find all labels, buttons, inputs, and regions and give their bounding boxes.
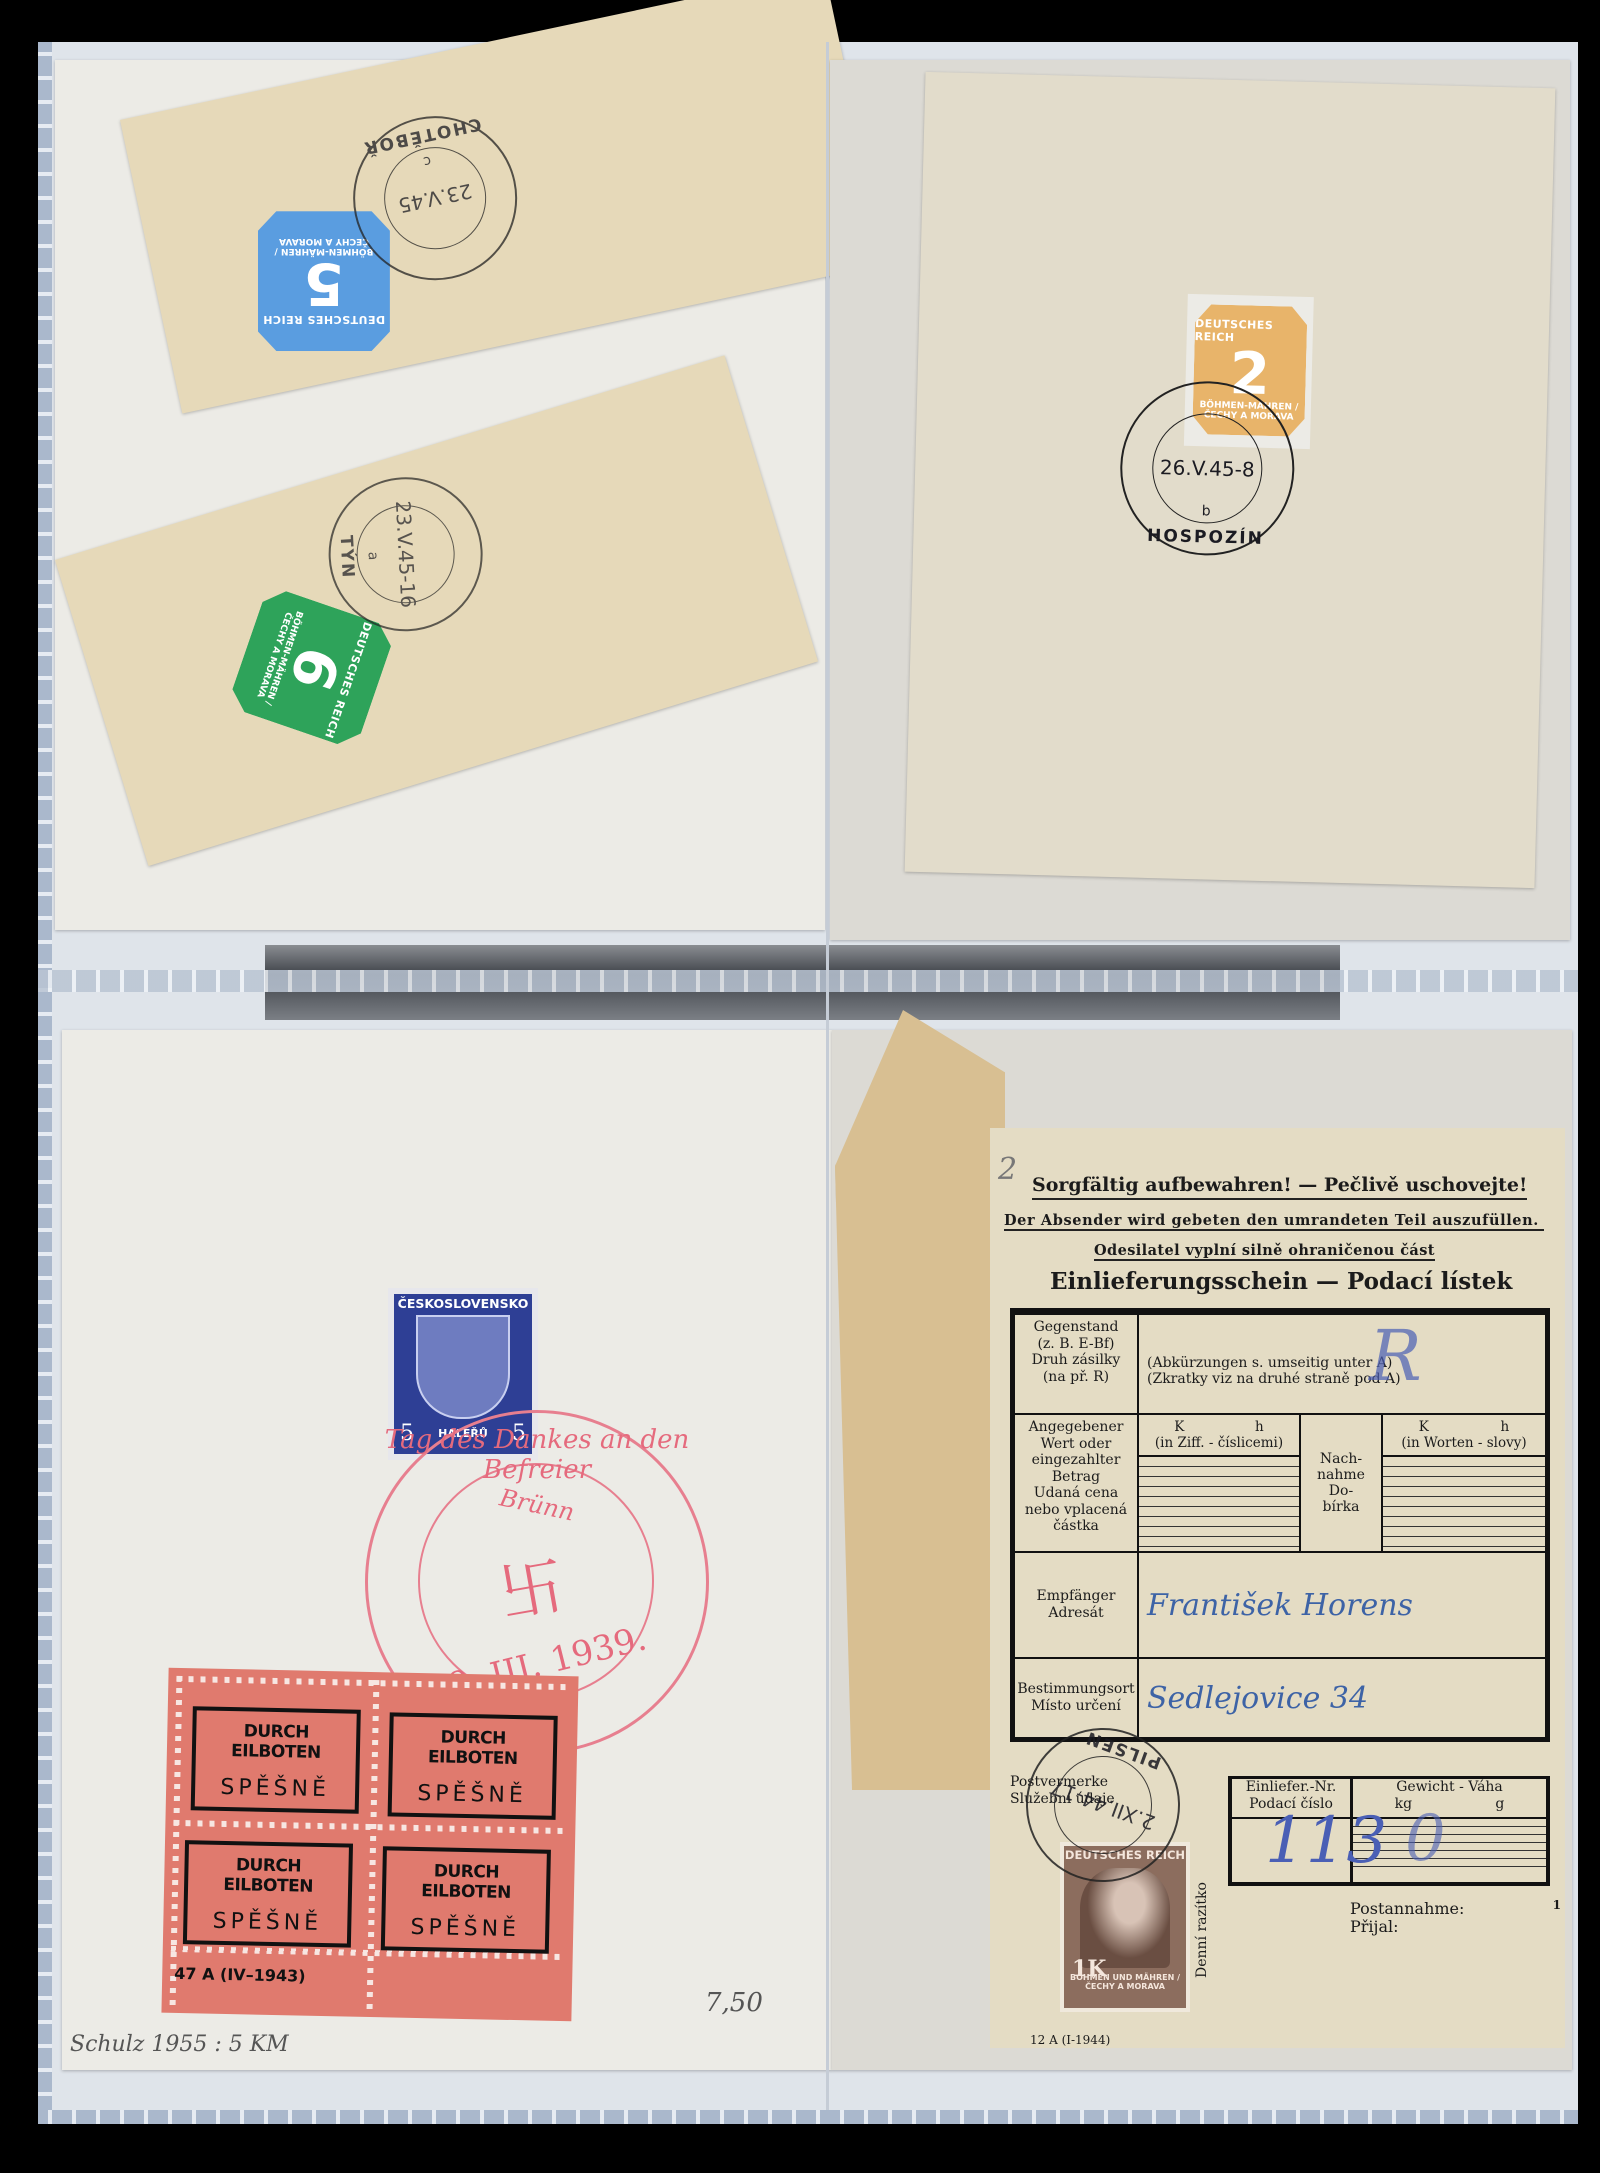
form-header: Sorgfältig aufbewahren! — Pečlivě uschov… bbox=[1032, 1174, 1527, 1200]
form-instruction-de: Der Absender wird gebeten den umrandeten… bbox=[1004, 1212, 1544, 1231]
coat-of-arms-icon bbox=[416, 1315, 510, 1419]
pencil-price-note: 7,50 bbox=[705, 1988, 763, 2018]
portrait-icon bbox=[1080, 1868, 1170, 1968]
form-instruction-cz: Odesilatel vyplní silně ohraničenou část bbox=[1094, 1242, 1435, 1261]
form-office-section: Postvermerke Služební údaje DEUTSCHES RE… bbox=[1010, 1768, 1550, 2038]
handwritten-recipient: František Horens bbox=[1147, 1588, 1413, 1623]
row-destination: Bestimmungsort Místo určení Sedlejovice … bbox=[1015, 1659, 1545, 1737]
row-declared-value: Angegebener Wert oder eingezahlter Betra… bbox=[1015, 1415, 1545, 1553]
row-recipient: Empfänger Adresát František Horens bbox=[1015, 1553, 1545, 1659]
folded-envelope-flap bbox=[835, 1010, 1005, 1790]
handwritten-weight: 0 bbox=[1405, 1802, 1446, 1876]
handwritten-receipt-number: 113 bbox=[1265, 1804, 1387, 1878]
receipt-form: 2 Sorgfältig aufbewahren! — Pečlivě usch… bbox=[990, 1128, 1565, 2048]
sleeve-pocket-divider bbox=[38, 970, 1578, 992]
newspaper-cutout-orange: DEUTSCHES REICH 2 BÖHMEN-MÄHREN / ČECHY … bbox=[905, 72, 1556, 888]
sleeve-left-weld bbox=[38, 42, 52, 2120]
express-label: DURCH EILBOTEN SPĚŠNĚ bbox=[388, 1712, 558, 1819]
express-label-block: DURCH EILBOTEN SPĚŠNĚ DURCH EILBOTEN SPĚ… bbox=[161, 1668, 578, 2022]
sleeve-bottom-weld bbox=[38, 2110, 1578, 2124]
postmark-tyn: 23.V.45-16 a TÝN bbox=[325, 473, 487, 635]
form-grid: Gegenstand (z. B. E-Bf) Druh zásilky (na… bbox=[1010, 1308, 1550, 1742]
acceptance-label: Postannahme: Přijal: bbox=[1350, 1900, 1464, 1937]
express-label: DURCH EILBOTEN SPĚŠNĚ bbox=[183, 1840, 353, 1947]
sleeve-center-seam bbox=[826, 42, 829, 2120]
handwritten-destination: Sedlejovice 34 bbox=[1147, 1681, 1368, 1716]
express-label: DURCH EILBOTEN SPĚŠNĚ bbox=[381, 1846, 551, 1953]
swastika-emblem-icon: 卐 bbox=[490, 1549, 573, 1632]
express-label: DURCH EILBOTEN SPĚŠNĚ bbox=[191, 1706, 361, 1813]
row-item-type: Gegenstand (z. B. E-Bf) Druh zásilky (na… bbox=[1015, 1315, 1545, 1415]
form-code: 12 A (I-1944) bbox=[1030, 2033, 1110, 2047]
form-title: Einlieferungsschein — Podací lístek bbox=[1050, 1268, 1512, 1295]
margin-imprint: 47 A (IV–1943) bbox=[174, 1964, 306, 1986]
pencil-catalog-note: Schulz 1955 : 5 KM bbox=[70, 2032, 289, 2057]
